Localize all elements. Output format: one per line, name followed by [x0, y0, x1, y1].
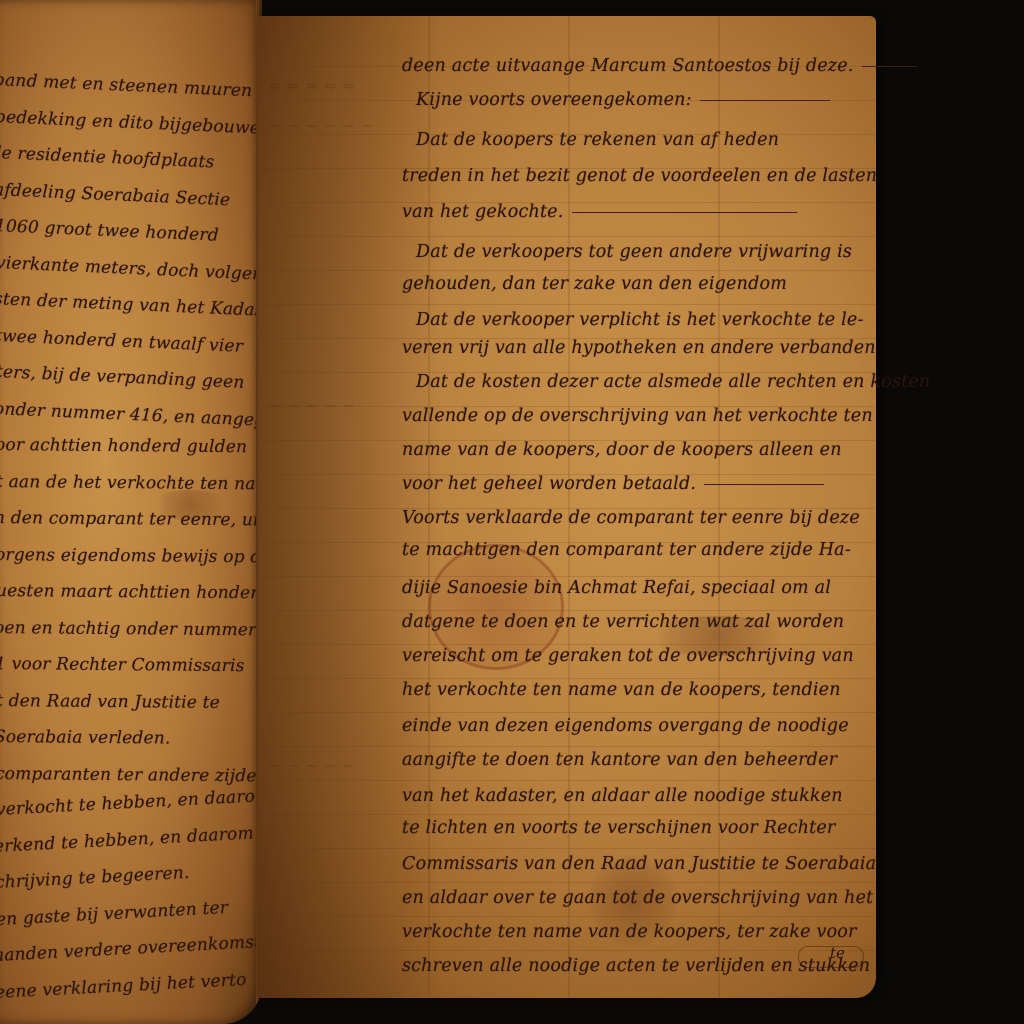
ruled-line	[258, 950, 876, 951]
text-line-content: Dat de verkooper verplicht is het verkoc…	[416, 310, 864, 330]
text-line: dijie Sanoesie bin Achmat Refai, speciaa…	[402, 578, 831, 598]
bleed-through-text: ∼ ∼ ∼ ∼ ∼ ∼	[268, 116, 374, 135]
text-line: aanden verdere overeenkomst van	[0, 930, 262, 966]
text-line: sten der meting van het Kadas	[0, 289, 262, 321]
text-line: Kijne voorts overeengekomen:	[416, 90, 830, 110]
text-line-content: vereischt om te geraken tot de overschri…	[402, 646, 854, 666]
line-filler-dash	[862, 66, 917, 68]
text-line: deen acte uitvaange Marcum Santoestos bi…	[402, 56, 917, 76]
text-line-content: voor het geheel worden betaald.	[402, 474, 696, 494]
text-line-content: name van de koopers, door de koopers all…	[402, 440, 842, 460]
text-line: veren vrij van alle hypotheken en andere…	[402, 338, 876, 358]
bleed-through-text: ≈ ≈ ≈ ≈ ≈	[268, 76, 355, 95]
text-line: datgene te doen en te verrichten wat zal…	[402, 612, 844, 632]
text-line: comparanten ter andere zijde het	[0, 764, 262, 787]
text-line: aangifte te doen ten kantore van den beh…	[402, 750, 837, 770]
text-line: Dat de verkooper verplicht is het verkoc…	[416, 310, 864, 330]
text-line: te lichten en voorts te verschijnen voor…	[402, 818, 835, 838]
text-line: eene verklaring bij het verto	[0, 969, 247, 1002]
text-line: treden in het bezit genot de voordeelen …	[402, 166, 877, 186]
text-line-content: van het gekochte.	[402, 202, 564, 222]
text-line-content: Voorts verklaarde de comparant ter eenre…	[402, 508, 860, 528]
text-line-content: te lichten en voorts te verschijnen voor…	[402, 818, 835, 838]
text-line: voor het geheel worden betaald.	[402, 474, 824, 494]
text-line: Commissaris van den Raad van Justitie te…	[402, 854, 876, 874]
page-fold	[568, 16, 570, 998]
page-fold	[428, 16, 430, 998]
text-line-content: Commissaris van den Raad van Justitie te…	[402, 854, 876, 874]
text-line: en aldaar over te gaan tot de overschrij…	[402, 888, 873, 908]
text-line-content: van het kadaster, en aldaar alle noodige…	[402, 786, 843, 806]
text-line: vallende op de overschrijving van het ve…	[402, 406, 873, 426]
text-line: afdeeling Soerabaia Sectie	[0, 180, 231, 210]
ruled-line	[258, 848, 876, 849]
ruled-line	[258, 814, 876, 815]
text-line: einde van dezen eigendoms overgang de no…	[402, 716, 849, 736]
ruled-line	[258, 270, 876, 271]
text-line-content: einde van dezen eigendoms overgang de no…	[402, 716, 849, 736]
text-line-content: Dat de kosten dezer acte alsmede alle re…	[416, 372, 930, 392]
text-line: twee honderd en twaalf vier	[0, 326, 243, 357]
text-line: vereischt om te geraken tot de overschri…	[402, 646, 854, 666]
ruled-line	[258, 678, 876, 679]
bleed-through-text: ∼ ∼ ∼ ∼ ∼	[268, 756, 355, 775]
text-line-content: te machtigen den comparant ter andere zi…	[402, 540, 851, 560]
text-line-content: deen acte uitvaange Marcum Santoestos bi…	[402, 56, 854, 76]
text-line: oen en tachtig onder nummer	[0, 618, 257, 640]
line-filler-dash	[572, 212, 797, 214]
text-line: Soerabaia verleden.	[0, 727, 171, 749]
left-page: band met en steenen muurenbedekking en d…	[0, 0, 262, 1024]
text-line: Voorts verklaarde de comparant ter eenre…	[402, 508, 860, 528]
text-line: Dat de verkoopers tot geen andere vrijwa…	[416, 242, 852, 262]
text-line: oor achttien honderd gulden	[0, 435, 247, 457]
text-line-content: aangifte te doen ten kantore van den beh…	[402, 750, 837, 770]
text-line: onder nummer 416, en aangeg	[0, 399, 262, 431]
text-line: band met en steenen muuren	[0, 70, 253, 101]
text-line: n den comparant ter eenre, uit	[0, 508, 262, 530]
text-line-content: verkochte ten name van de koopers, ter z…	[402, 922, 857, 942]
ruled-line	[258, 780, 876, 781]
text-line: van het kadaster, en aldaar alle noodige…	[402, 786, 843, 806]
text-line: 1 voor Rechter Commissaris	[0, 654, 245, 676]
text-line-content: en aldaar over te gaan tot de overschrij…	[402, 888, 873, 908]
text-line: te machtigen den comparant ter andere zi…	[402, 540, 851, 560]
text-line-content: gehouden, dan ter zake van den eigendom	[402, 274, 787, 294]
ruled-line	[258, 236, 876, 237]
ruled-line	[258, 304, 876, 305]
ruled-line	[258, 746, 876, 747]
text-line-content: het verkochte ten name van de koopers, t…	[402, 680, 841, 700]
ruled-line	[258, 916, 876, 917]
bleed-through-text: ∼ ∼ ∼ ∼ ∼	[268, 396, 355, 415]
text-line: 1060 groot twee honderd	[0, 216, 219, 246]
text-line: ters, bij de verpanding geen	[0, 362, 245, 393]
catchword: te	[830, 944, 845, 962]
text-line: van het gekochte.	[402, 202, 797, 222]
text-line: erkend te hebben, en daarom	[0, 823, 254, 857]
text-line: Dat de kosten dezer acte alsmede alle re…	[416, 372, 930, 392]
text-line-content: Dat de koopers te rekenen van af heden	[416, 130, 779, 150]
text-line-content: dijie Sanoesie bin Achmat Refai, speciaa…	[402, 578, 831, 598]
text-line: name van de koopers, door de koopers all…	[402, 440, 842, 460]
ruled-line	[258, 610, 876, 611]
text-line: chrijving te begeeren.	[0, 863, 190, 893]
text-line-content: Dat de verkoopers tot geen andere vrijwa…	[416, 242, 852, 262]
ruled-line	[258, 712, 876, 713]
text-line: het verkochte ten name van de koopers, t…	[402, 680, 841, 700]
page-fold	[718, 16, 720, 998]
text-line: uesten maart achttien honderd	[0, 581, 262, 603]
ruled-line	[258, 576, 876, 577]
text-line: verkocht te hebben, en daarom	[0, 786, 262, 820]
text-line: t aan de het verkochte ten name	[0, 472, 262, 494]
text-line: gehouden, dan ter zake van den eigendom	[402, 274, 787, 294]
text-line: bedekking en dito bijgebouwen	[0, 107, 262, 139]
text-line: vierkante meters, doch volgens	[0, 253, 262, 285]
line-filler-dash	[700, 100, 830, 102]
text-line: en gaste bij verwanten ter	[0, 897, 229, 929]
text-line: le residentie hoofdplaats	[0, 143, 215, 173]
text-line-content: treden in het bezit genot de voordeelen …	[402, 166, 877, 186]
text-line: verkochte ten name van de koopers, ter z…	[402, 922, 857, 942]
line-filler-dash	[704, 484, 824, 486]
text-line: orgens eigendoms bewijs op den	[0, 545, 262, 568]
text-line: Dat de koopers te rekenen van af heden	[416, 130, 779, 150]
text-line-content: vallende op de overschrijving van het ve…	[402, 406, 873, 426]
right-page: ≈ ≈ ≈ ≈ ≈ ∼ ∼ ∼ ∼ ∼ ∼ ∼ ∼ ∼ ∼ ∼ ∼ ∼ ∼ ∼ …	[258, 16, 876, 998]
ruled-line	[258, 882, 876, 883]
text-line-content: Kijne voorts overeengekomen:	[416, 90, 692, 110]
text-line-content: datgene te doen en te verrichten wat zal…	[402, 612, 844, 632]
text-line: t den Raad van Justitie te	[0, 691, 220, 713]
text-line-content: veren vrij van alle hypotheken en andere…	[402, 338, 876, 358]
